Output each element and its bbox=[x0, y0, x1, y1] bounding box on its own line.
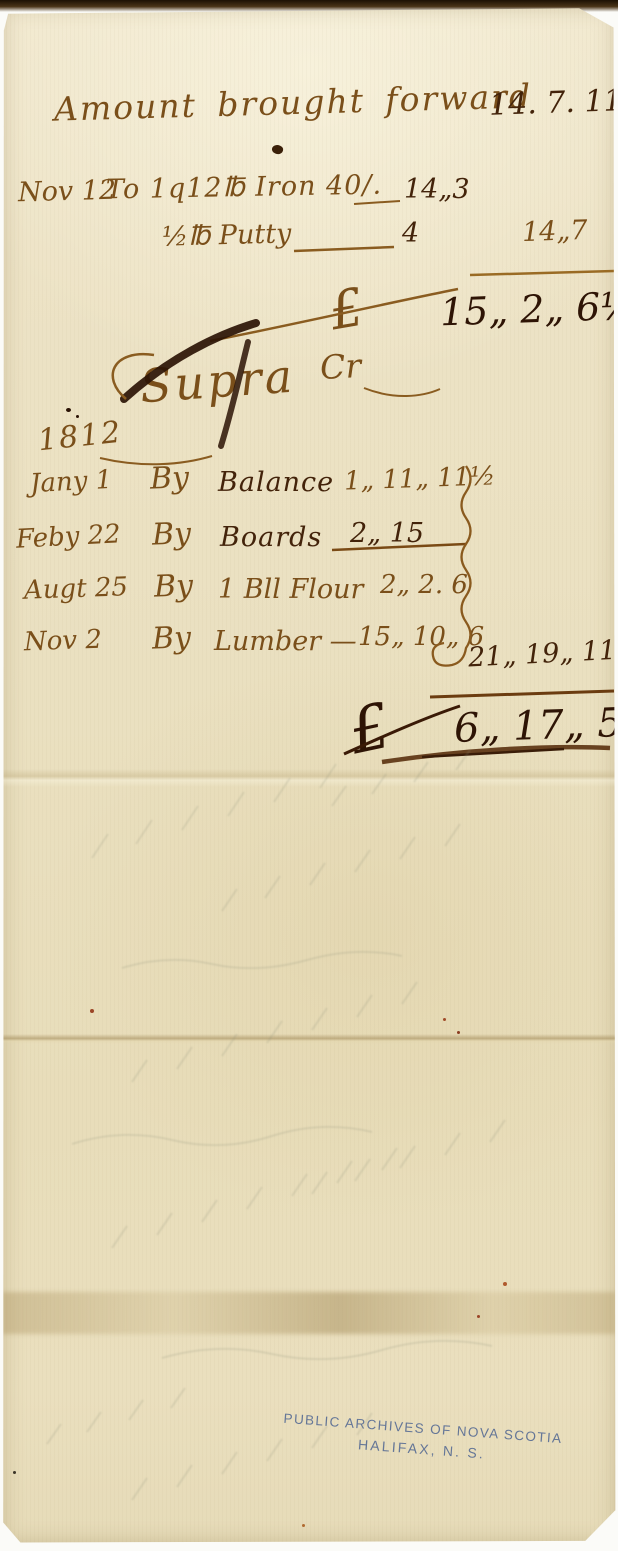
fold-crease-lower bbox=[2, 1292, 616, 1334]
foxing-spot bbox=[503, 1282, 507, 1286]
cr-tail-stroke bbox=[364, 388, 440, 396]
credit-row2-amount: 2„ 15 bbox=[350, 520, 424, 547]
dirt-speck bbox=[13, 1471, 16, 1474]
year-label: 1812 bbox=[37, 418, 124, 457]
ink-blot bbox=[271, 143, 285, 155]
balance-pound-sign: £ bbox=[344, 695, 395, 764]
dash-rule bbox=[354, 201, 400, 204]
foxing-spot bbox=[477, 1315, 480, 1318]
subtotal-rule bbox=[470, 271, 616, 275]
debit-row1-amount: 14„3 bbox=[404, 176, 470, 203]
archives-stamp: PUBLIC ARCHIVES OF NOVA SCOTIA HALIFAX, … bbox=[271, 1410, 573, 1468]
balance-rule bbox=[430, 691, 614, 697]
debit-total-amount: 15„ 2„ 6½ bbox=[439, 287, 618, 332]
credit-row1-amount: 1„ 11„ 11½ bbox=[344, 463, 496, 494]
debit-row1-date: Nov 12 bbox=[18, 177, 117, 207]
credit-subtotal: 21„ 19„ 11½ bbox=[467, 635, 618, 671]
foxing-spot bbox=[90, 1009, 94, 1013]
credit-row3-amount: 2„ 2. 6 bbox=[380, 572, 468, 598]
credit-row4-item: Lumber — bbox=[214, 628, 357, 655]
brought-forward-amount: 14. 7. 11½ bbox=[489, 85, 618, 121]
credit-row2-item: Boards bbox=[220, 524, 322, 551]
balance-amount: 6„ 17„ 5 bbox=[453, 703, 618, 749]
foxing-spot bbox=[443, 1018, 446, 1021]
foxing-spot bbox=[302, 1524, 305, 1527]
credit-row1-item: Balance bbox=[218, 469, 334, 496]
credit-row4-by: By bbox=[151, 623, 191, 654]
credit-row3-by: By bbox=[153, 571, 193, 602]
ink-bleedthrough bbox=[47, 750, 505, 1500]
credit-row4-amount: 15„ 10„ 6 bbox=[358, 624, 484, 650]
credit-row2-date: Feby 22 bbox=[15, 521, 121, 552]
credit-row3-item: 1 Bll Flour bbox=[218, 576, 363, 603]
debit-row2-entry: ½℔ Putty bbox=[162, 220, 292, 250]
debit-row1-entry: To 1q12℔ Iron 40/. bbox=[106, 172, 383, 204]
ink-splatter bbox=[66, 408, 71, 412]
credit-row1-date: Jany 1 bbox=[29, 467, 112, 497]
credit-row4-date: Nov 2 bbox=[24, 627, 103, 656]
ledger-page: Amount brought forward 14. 7. 11½ Nov 12… bbox=[2, 6, 616, 1544]
debit-row2-carry: 14„7 bbox=[522, 217, 588, 246]
ink-splatter bbox=[76, 415, 79, 418]
creditor-abbreviation: Cr bbox=[319, 349, 362, 384]
brought-forward-label: Amount brought forward bbox=[54, 79, 533, 125]
debit-total-pound-sign: £ bbox=[326, 282, 368, 339]
credit-row3-date: Augt 25 bbox=[24, 574, 129, 604]
credit-row1-by: By bbox=[149, 463, 189, 494]
fold-crease-upper bbox=[2, 769, 616, 787]
fold-crease-middle bbox=[2, 1034, 616, 1044]
credit-row2-by: By bbox=[151, 519, 191, 550]
supra-heading: Supra bbox=[139, 353, 297, 410]
debit-row2-amount: 4 bbox=[402, 220, 419, 247]
dash-rule bbox=[294, 247, 394, 251]
foxing-spot bbox=[457, 1031, 460, 1034]
